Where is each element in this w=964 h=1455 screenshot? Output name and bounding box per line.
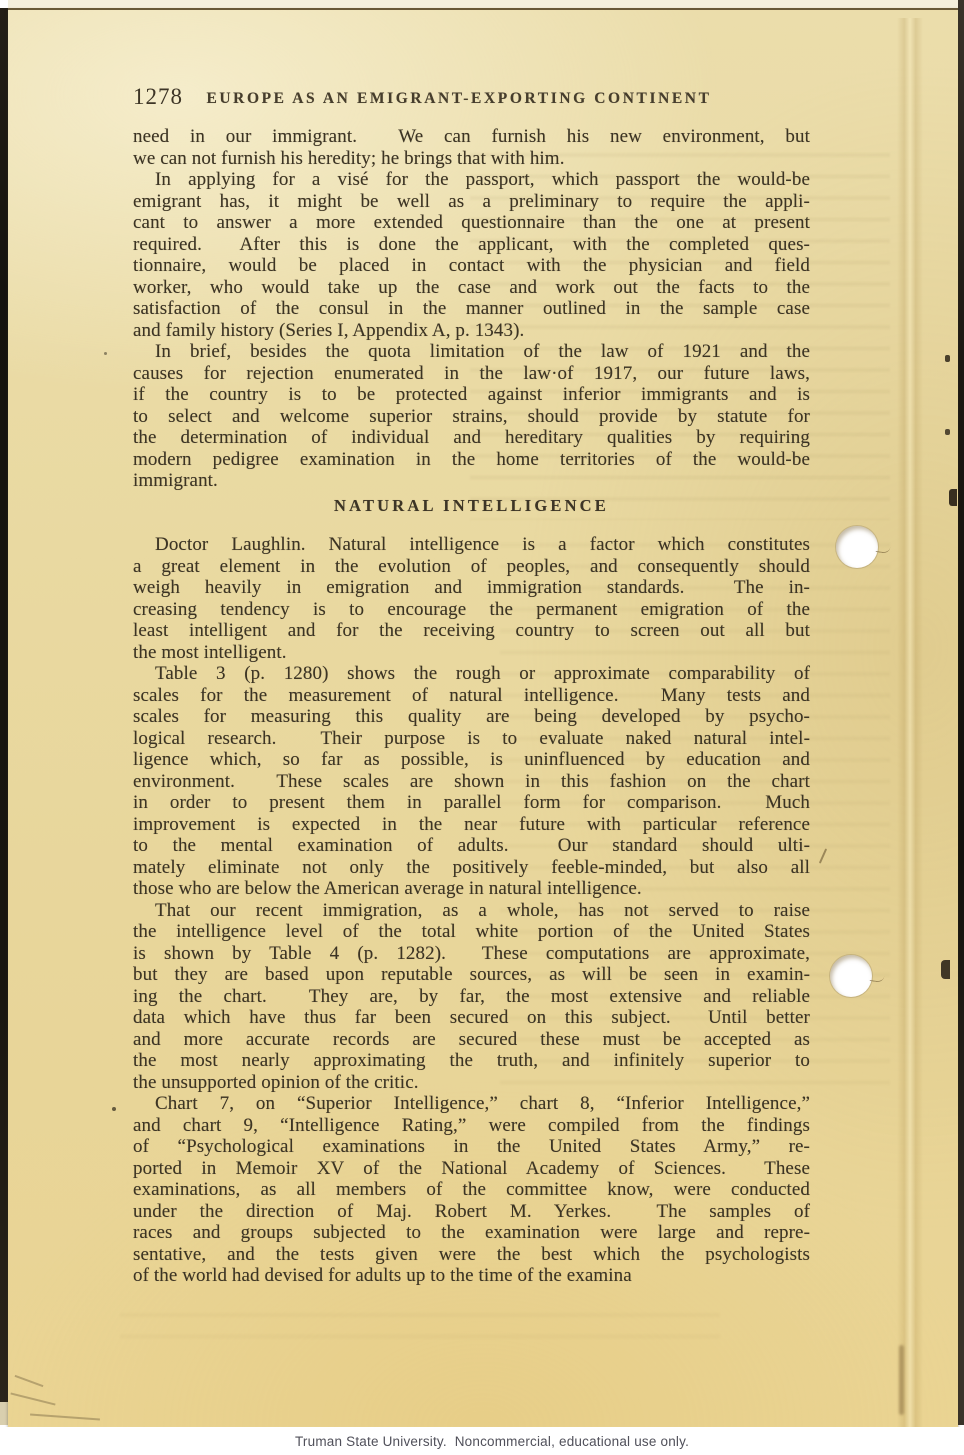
text-line: scales for the measurement of natural in… <box>133 685 810 707</box>
text-line: causes for rejection enumerated in the l… <box>133 363 810 385</box>
text-line: is shown by Table 4 (p. 1282). These com… <box>133 943 810 965</box>
text-line: but they are based upon reputable source… <box>133 964 810 986</box>
punch-hole <box>830 955 872 997</box>
text-line: races and groups subjected to the examin… <box>133 1222 810 1244</box>
scan-edge-right <box>958 0 964 1425</box>
text-line: to the mental examination of adults. Our… <box>133 835 810 857</box>
text-line: the intelligence level of the total whit… <box>133 921 810 943</box>
text-line: worker, who would take up the case and w… <box>133 277 810 299</box>
scanned-page: 1278 EUROPE AS AN EMIGRANT-EXPORTING CON… <box>0 0 964 1455</box>
text-line: mately eliminate not only the positively… <box>133 857 810 879</box>
ink-speck <box>941 960 950 979</box>
text-line: the most nearly approximating the truth,… <box>133 1050 810 1072</box>
scan-edge-left <box>0 8 8 1402</box>
text-line: the most intelligent. <box>133 642 810 664</box>
text-line: tionnaire, would be placed in contact wi… <box>133 255 810 277</box>
text-line: examinations, as all members of the comm… <box>133 1179 810 1201</box>
text-line: Doctor Laughlin. Natural intelligence is… <box>133 534 810 556</box>
text-line: improvement is expected in the near futu… <box>133 814 810 836</box>
text-line: weigh heavily in emigration and immigrat… <box>133 577 810 599</box>
page-header: 1278 EUROPE AS AN EMIGRANT-EXPORTING CON… <box>133 82 810 110</box>
text-line: in order to present them in parallel for… <box>133 792 810 814</box>
text-line: those who are below the American average… <box>133 878 810 900</box>
paragraph: Table 3 (p. 1280) shows the rough or app… <box>133 663 810 900</box>
text-line: the determination of individual and here… <box>133 427 810 449</box>
text-line: Table 3 (p. 1280) shows the rough or app… <box>133 663 810 685</box>
footer-strip: Truman State University. Noncommercial, … <box>0 1427 964 1455</box>
footer-text: Truman State University. Noncommercial, … <box>0 1434 964 1449</box>
text-line: of the world had devised for adults up t… <box>133 1265 810 1287</box>
text-line: emigrant has, it might be well as a prel… <box>133 191 810 213</box>
scan-edge-top <box>8 0 958 8</box>
text-line: of “Psychological examinations in the Un… <box>133 1136 810 1158</box>
text-line: and chart 9, “Intelligence Rating,” were… <box>133 1115 810 1137</box>
text-line: Chart 7, on “Superior Intelligence,” cha… <box>133 1093 810 1115</box>
body-text: need in our immigrant. We can furnish hi… <box>133 126 810 1287</box>
text-line: ing the chart. They are, by far, the mos… <box>133 986 810 1008</box>
text-line: environment. These scales are shown in t… <box>133 771 810 793</box>
paragraph: In applying for a visé for the passport,… <box>133 169 810 341</box>
text-line: immigrant. <box>133 470 810 492</box>
paragraph: Chart 7, on “Superior Intelligence,” cha… <box>133 1093 810 1287</box>
text-line: data which have thus far been secured on… <box>133 1007 810 1029</box>
scan-edge-left-foot <box>0 1402 8 1425</box>
text-line: scales for measuring this quality are be… <box>133 706 810 728</box>
text-line: to select and welcome superior strains, … <box>133 406 810 428</box>
binding-crease <box>897 18 923 1433</box>
text-line: In brief, besides the quota limitation o… <box>133 341 810 363</box>
paragraph: need in our immigrant. We can furnish hi… <box>133 126 810 169</box>
text-line: the unsupported opinion of the critic. <box>133 1072 810 1094</box>
section-heading: NATURAL INTELLIGENCE <box>133 495 810 517</box>
ink-speck <box>949 489 957 506</box>
ink-speck <box>945 355 950 362</box>
text-line: least intelligent and for the receiving … <box>133 620 810 642</box>
text-line: logical research. Their purpose is to ev… <box>133 728 810 750</box>
text-line: under the direction of Maj. Robert M. Ye… <box>133 1201 810 1223</box>
running-title: EUROPE AS AN EMIGRANT-EXPORTING CONTINEN… <box>163 90 755 108</box>
ink-speck <box>945 429 950 435</box>
text-line: ported in Memoir XV of the National Acad… <box>133 1158 810 1180</box>
text-line: required. After this is done the applica… <box>133 234 810 256</box>
ink-speck <box>104 352 107 355</box>
text-line: creasing tendency is to encourage the pe… <box>133 599 810 621</box>
text-line: need in our immigrant. We can furnish hi… <box>133 126 810 148</box>
text-line: a great element in the evolution of peop… <box>133 556 810 578</box>
crease-smudge <box>899 1345 904 1415</box>
text-line: ligence which, so far as possible, is un… <box>133 749 810 771</box>
text-line: cant to answer a more extended questionn… <box>133 212 810 234</box>
text-line: we can not furnish his heredity; he brin… <box>133 148 810 170</box>
ink-speck <box>112 1107 116 1111</box>
text-line: and more accurate records are secured th… <box>133 1029 810 1051</box>
text-line: and family history (Series I, Appendix A… <box>133 320 810 342</box>
text-line: That our recent immigration, as a whole,… <box>133 900 810 922</box>
paragraph: Doctor Laughlin. Natural intelligence is… <box>133 534 810 663</box>
punch-hole <box>836 526 878 568</box>
paragraph: That our recent immigration, as a whole,… <box>133 900 810 1094</box>
text-line: modern pedigree examination in the home … <box>133 449 810 471</box>
text-line: satisfaction of the consul in the manner… <box>133 298 810 320</box>
text-line: sentative, and the tests given were the … <box>133 1244 810 1266</box>
text-line: if the country is to be protected agains… <box>133 384 810 406</box>
text-line: In applying for a visé for the passport,… <box>133 169 810 191</box>
paragraph: In brief, besides the quota limitation o… <box>133 341 810 492</box>
